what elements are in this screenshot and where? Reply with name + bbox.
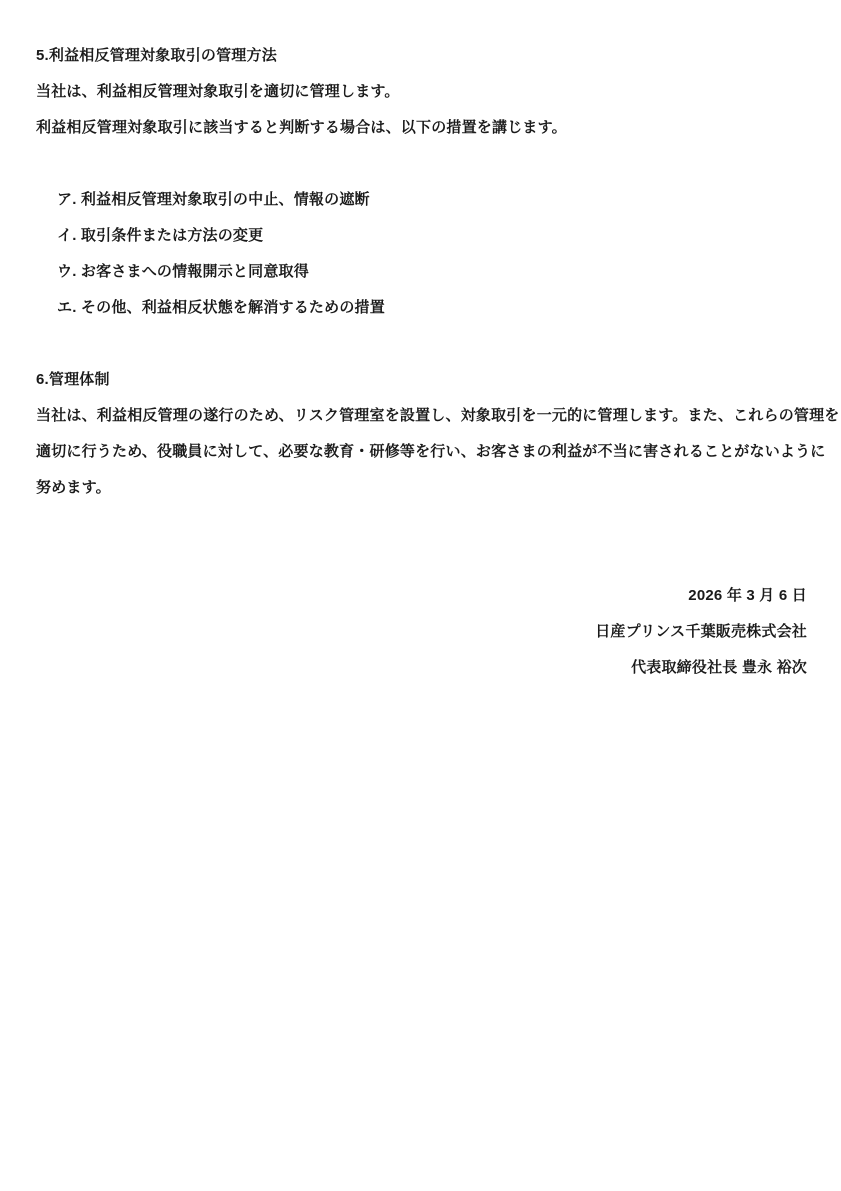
section5-paragraph-1: 当社は、利益相反管理対象取引を適切に管理します。: [36, 82, 400, 102]
measure-item-e: エ. その他、利益相反状態を解消するための措置: [57, 298, 385, 318]
document-page: 5.利益相反管理対象取引の管理方法 当社は、利益相反管理対象取引を適切に管理しま…: [0, 0, 841, 1191]
signature-date: 2026 年 3 月 6 日: [688, 586, 807, 606]
section6-heading: 6.管理体制: [36, 370, 110, 390]
signature-representative: 代表取締役社長 豊永 裕次: [631, 658, 807, 678]
section6-line-3: 努めます。: [36, 478, 111, 498]
section5-heading: 5.利益相反管理対象取引の管理方法: [36, 46, 277, 66]
measure-item-u: ウ. お客さまへの情報開示と同意取得: [57, 262, 309, 282]
section6-line-2: 適切に行うため、役職員に対して、必要な教育・研修等を行い、お客さまの利益が不当に…: [36, 442, 826, 462]
section5-paragraph-2: 利益相反管理対象取引に該当すると判断する場合は、以下の措置を講じます。: [36, 118, 567, 138]
section6-line-1: 当社は、利益相反管理の遂行のため、リスク管理室を設置し、対象取引を一元的に管理し…: [36, 406, 840, 426]
measure-item-i: イ. 取引条件または方法の変更: [57, 226, 263, 246]
measure-item-a: ア. 利益相反管理対象取引の中止、情報の遮断: [57, 190, 370, 210]
signature-company: 日産プリンス千葉販売株式会社: [595, 622, 807, 642]
